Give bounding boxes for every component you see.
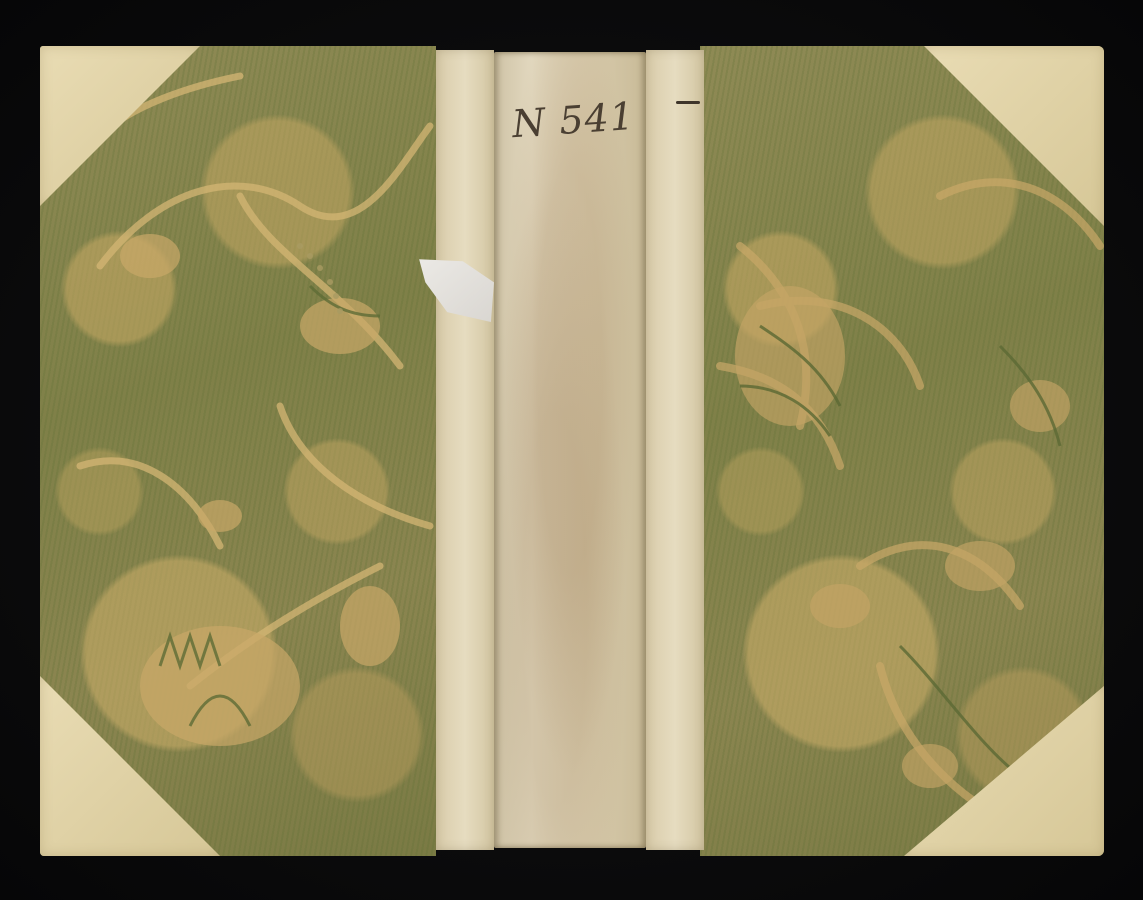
floral-paste-paper-right	[700, 46, 1104, 856]
book-binding: N 541	[40, 46, 1104, 856]
floral-pattern-icon	[700, 46, 1104, 856]
ink-dash-mark	[676, 101, 700, 104]
handwritten-shelfmark: N 541	[511, 94, 637, 146]
floral-pattern-icon	[40, 46, 436, 856]
right-board	[700, 46, 1104, 856]
spine-joint-left	[436, 50, 494, 850]
spine-joint-right	[646, 50, 704, 850]
vellum-spine: N 541	[494, 52, 646, 848]
left-board	[40, 46, 436, 856]
floral-paste-paper-left	[40, 46, 436, 856]
